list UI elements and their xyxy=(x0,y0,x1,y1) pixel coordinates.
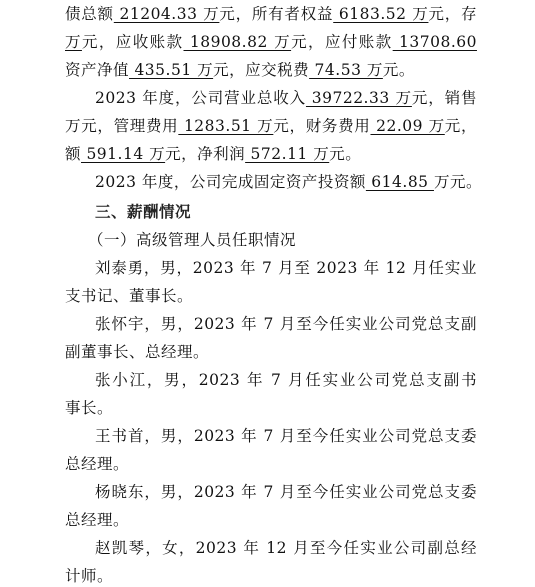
underlined-value-fixed-asset-investment: 614.85 xyxy=(366,173,434,191)
text-line: 债总额 21204.33 万元，所有者权益 6183.52 万元，存货 4416… xyxy=(65,0,477,28)
text: 资产净值 xyxy=(65,61,129,79)
text: 额 xyxy=(65,145,81,163)
personnel-line: 赵凯琴，女，2023 年 12 月至今任实业公司副总经理、总会 xyxy=(95,534,477,562)
underlined-value-taxes-payable: 74.53 万 xyxy=(309,61,383,79)
personnel-line: 张小江，男，2023 年 7 月任实业公司党总支副书记、副董 xyxy=(95,366,477,394)
text: 元。 xyxy=(329,145,361,163)
document-page: 债总额 21204.33 万元，所有者权益 6183.52 万元，存货 4416… xyxy=(0,0,535,587)
underlined-value-admin-expenses: 1283.51 万 xyxy=(178,117,273,135)
underlined-value-revenue: 39722.33 万 xyxy=(306,89,412,107)
section-heading: 三、薪酬情况 xyxy=(95,198,477,226)
text: 元，财务费用 xyxy=(273,117,370,135)
text: 元，应收账款 xyxy=(82,33,184,51)
underlined-value-fixed-assets-net: 435.51 万 xyxy=(129,61,213,79)
text: 2023 年度，公司完成固定资产投资额 xyxy=(95,173,366,191)
underlined-value-total-profit: 591.14 万 xyxy=(81,145,165,163)
personnel-line: 总经理。 xyxy=(65,450,477,478)
personnel-line: 总经理。 xyxy=(65,506,477,534)
text: 万元。 xyxy=(434,173,482,191)
personnel-line: 计师。 xyxy=(65,562,477,587)
text: 元。 xyxy=(383,61,415,79)
text: 万元，管理费用 xyxy=(65,117,178,135)
text: 元，应交税费 xyxy=(213,61,309,79)
personnel-line: 副董事长、总经理。 xyxy=(65,338,477,366)
text: 元，应付账款 xyxy=(291,33,393,51)
underlined-value-total-liabilities: 21204.33 万 xyxy=(114,5,220,23)
personnel-line: 张怀宇，男，2023 年 7 月至今任实业公司党总支副书记、 xyxy=(95,310,477,338)
personnel-line: 刘泰勇，男，2023 年 7 月至 2023 年 12 月任实业公司党总 xyxy=(95,254,477,282)
personnel-line: 支书记、董事长。 xyxy=(65,282,477,310)
text: 元，净利润 xyxy=(165,145,245,163)
text-line: 2023 年度，公司营业总收入 39722.33 万元，销售费用 0.73 xyxy=(95,84,477,112)
personnel-line: 王书首，男，2023 年 7 月至今任实业公司党总支委员、副 xyxy=(95,422,477,450)
underlined-value-receivables: 18908.82 万 xyxy=(184,33,292,51)
personnel-line: 杨晓东，男，2023 年 7 月至今任实业公司党总支委员、副 xyxy=(95,478,477,506)
underlined-value-net-profit: 572.11 万 xyxy=(245,145,329,163)
text-line: 万元，管理费用 1283.51 万元，财务费用 22.09 万元，利润总 xyxy=(65,112,477,140)
text-line: 资产净值 435.51 万元，应交税费 74.53 万元。 xyxy=(65,56,477,84)
underlined-unit: 万 xyxy=(65,33,82,51)
text: 债总额 xyxy=(65,5,114,23)
underlined-value-financial-expenses: 22.09 万 xyxy=(370,117,444,135)
text: 元，所有者权益 xyxy=(219,5,333,23)
subsection-heading: （一）高级管理人员任职情况 xyxy=(88,226,500,254)
text-line: 万元，应收账款 18908.82 万元，应付账款 13708.60 万元，固定 xyxy=(65,28,477,56)
underlined-value-owners-equity: 6183.52 万 xyxy=(333,5,428,23)
text: 2023 年度，公司营业总收入 xyxy=(95,89,306,107)
text-line: 额 591.14 万元，净利润 572.11 万元。 xyxy=(65,140,477,168)
text-line: 2023 年度，公司完成固定资产投资额 614.85 万元。 xyxy=(95,168,477,196)
personnel-line: 事长。 xyxy=(65,394,477,422)
